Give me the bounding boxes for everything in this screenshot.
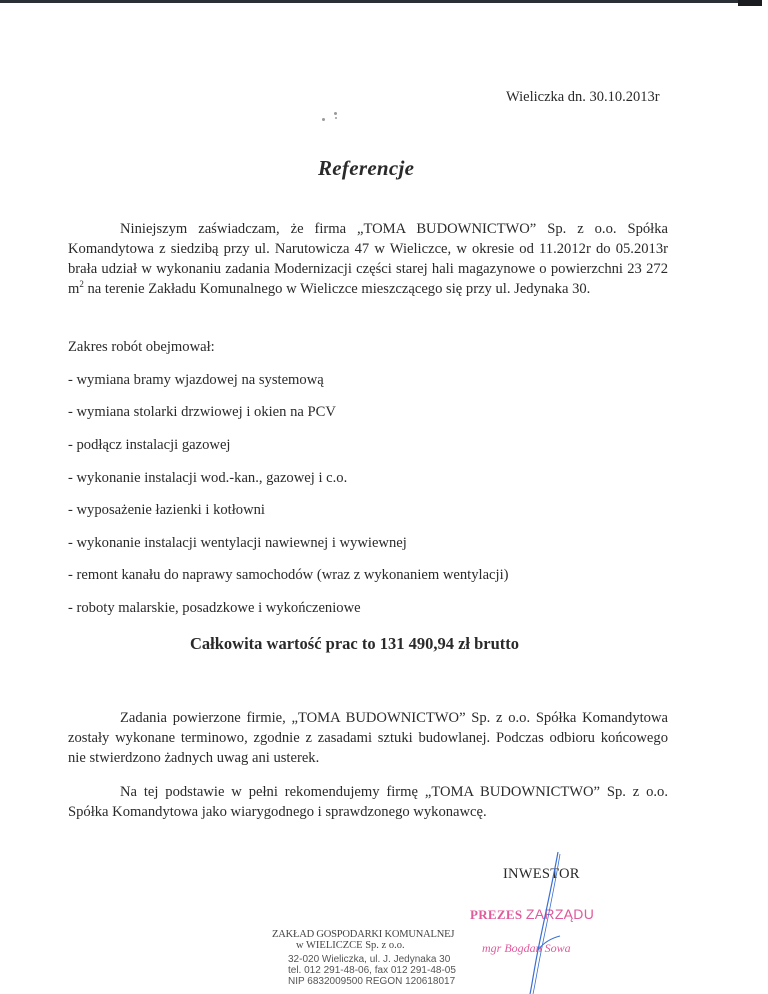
company-stamp: ZAKŁAD GOSPODARKI KOMUNALNEJ w WIELICZCE… (272, 929, 456, 987)
scope-item: - wykonanie instalacji wod.-kan., gazowe… (68, 470, 347, 487)
scope-item: - roboty malarskie, posadzkowe i wykończ… (68, 600, 361, 617)
scope-item: - wyposażenie łazienki i kotłowni (68, 502, 265, 519)
recommendation-paragraph: Na tej podstawie w pełni rekomendujemy f… (68, 782, 668, 822)
stamp-line-address: 32-020 Wieliczka, ul. J. Jedynaka 30 (272, 954, 456, 965)
scan-corner (738, 0, 762, 6)
scope-item: - wykonanie instalacji wentylacji nawiew… (68, 535, 407, 552)
scan-specks (322, 110, 342, 126)
intro-text-2: na terenie Zakładu Komunalnego w Wielicz… (84, 281, 590, 297)
scope-item: - remont kanału do naprawy samochodów (w… (68, 567, 509, 584)
document-title: Referencje (318, 156, 414, 181)
completion-paragraph: Zadania powierzone firmie, „TOMA BUDOWNI… (68, 708, 668, 768)
completion-text: Zadania powierzone firmie, „TOMA BUDOWNI… (68, 710, 668, 766)
scope-item: - wymiana stolarki drzwiowej i okien na … (68, 404, 336, 421)
recommendation-text: Na tej podstawie w pełni rekomendujemy f… (68, 784, 668, 820)
stamp-line-ids: NIP 6832009500 REGON 120618017 (272, 976, 456, 987)
scope-item: - podłącz instalacji gazowej (68, 437, 230, 454)
stamp-title-bold: PREZES (470, 907, 526, 922)
signature-icon (520, 850, 580, 994)
stamp-line-city: w WIELICZCE Sp. z o.o. (272, 940, 456, 951)
total-value: Całkowita wartość prac to 131 490,94 zł … (190, 634, 519, 654)
stamp-line-company: ZAKŁAD GOSPODARKI KOMUNALNEJ (272, 929, 456, 940)
stamp-line-phone: tel. 012 291-48-06, fax 012 291-48-05 (272, 965, 456, 976)
date-line: Wieliczka dn. 30.10.2013r (506, 89, 660, 106)
intro-paragraph: Niniejszym zaświadczam, że firma „TOMA B… (68, 219, 668, 299)
scope-item: - wymiana bramy wjazdowej na systemową (68, 372, 324, 389)
scope-heading: Zakres robót obejmował: (68, 339, 215, 356)
scan-edge (0, 0, 758, 3)
